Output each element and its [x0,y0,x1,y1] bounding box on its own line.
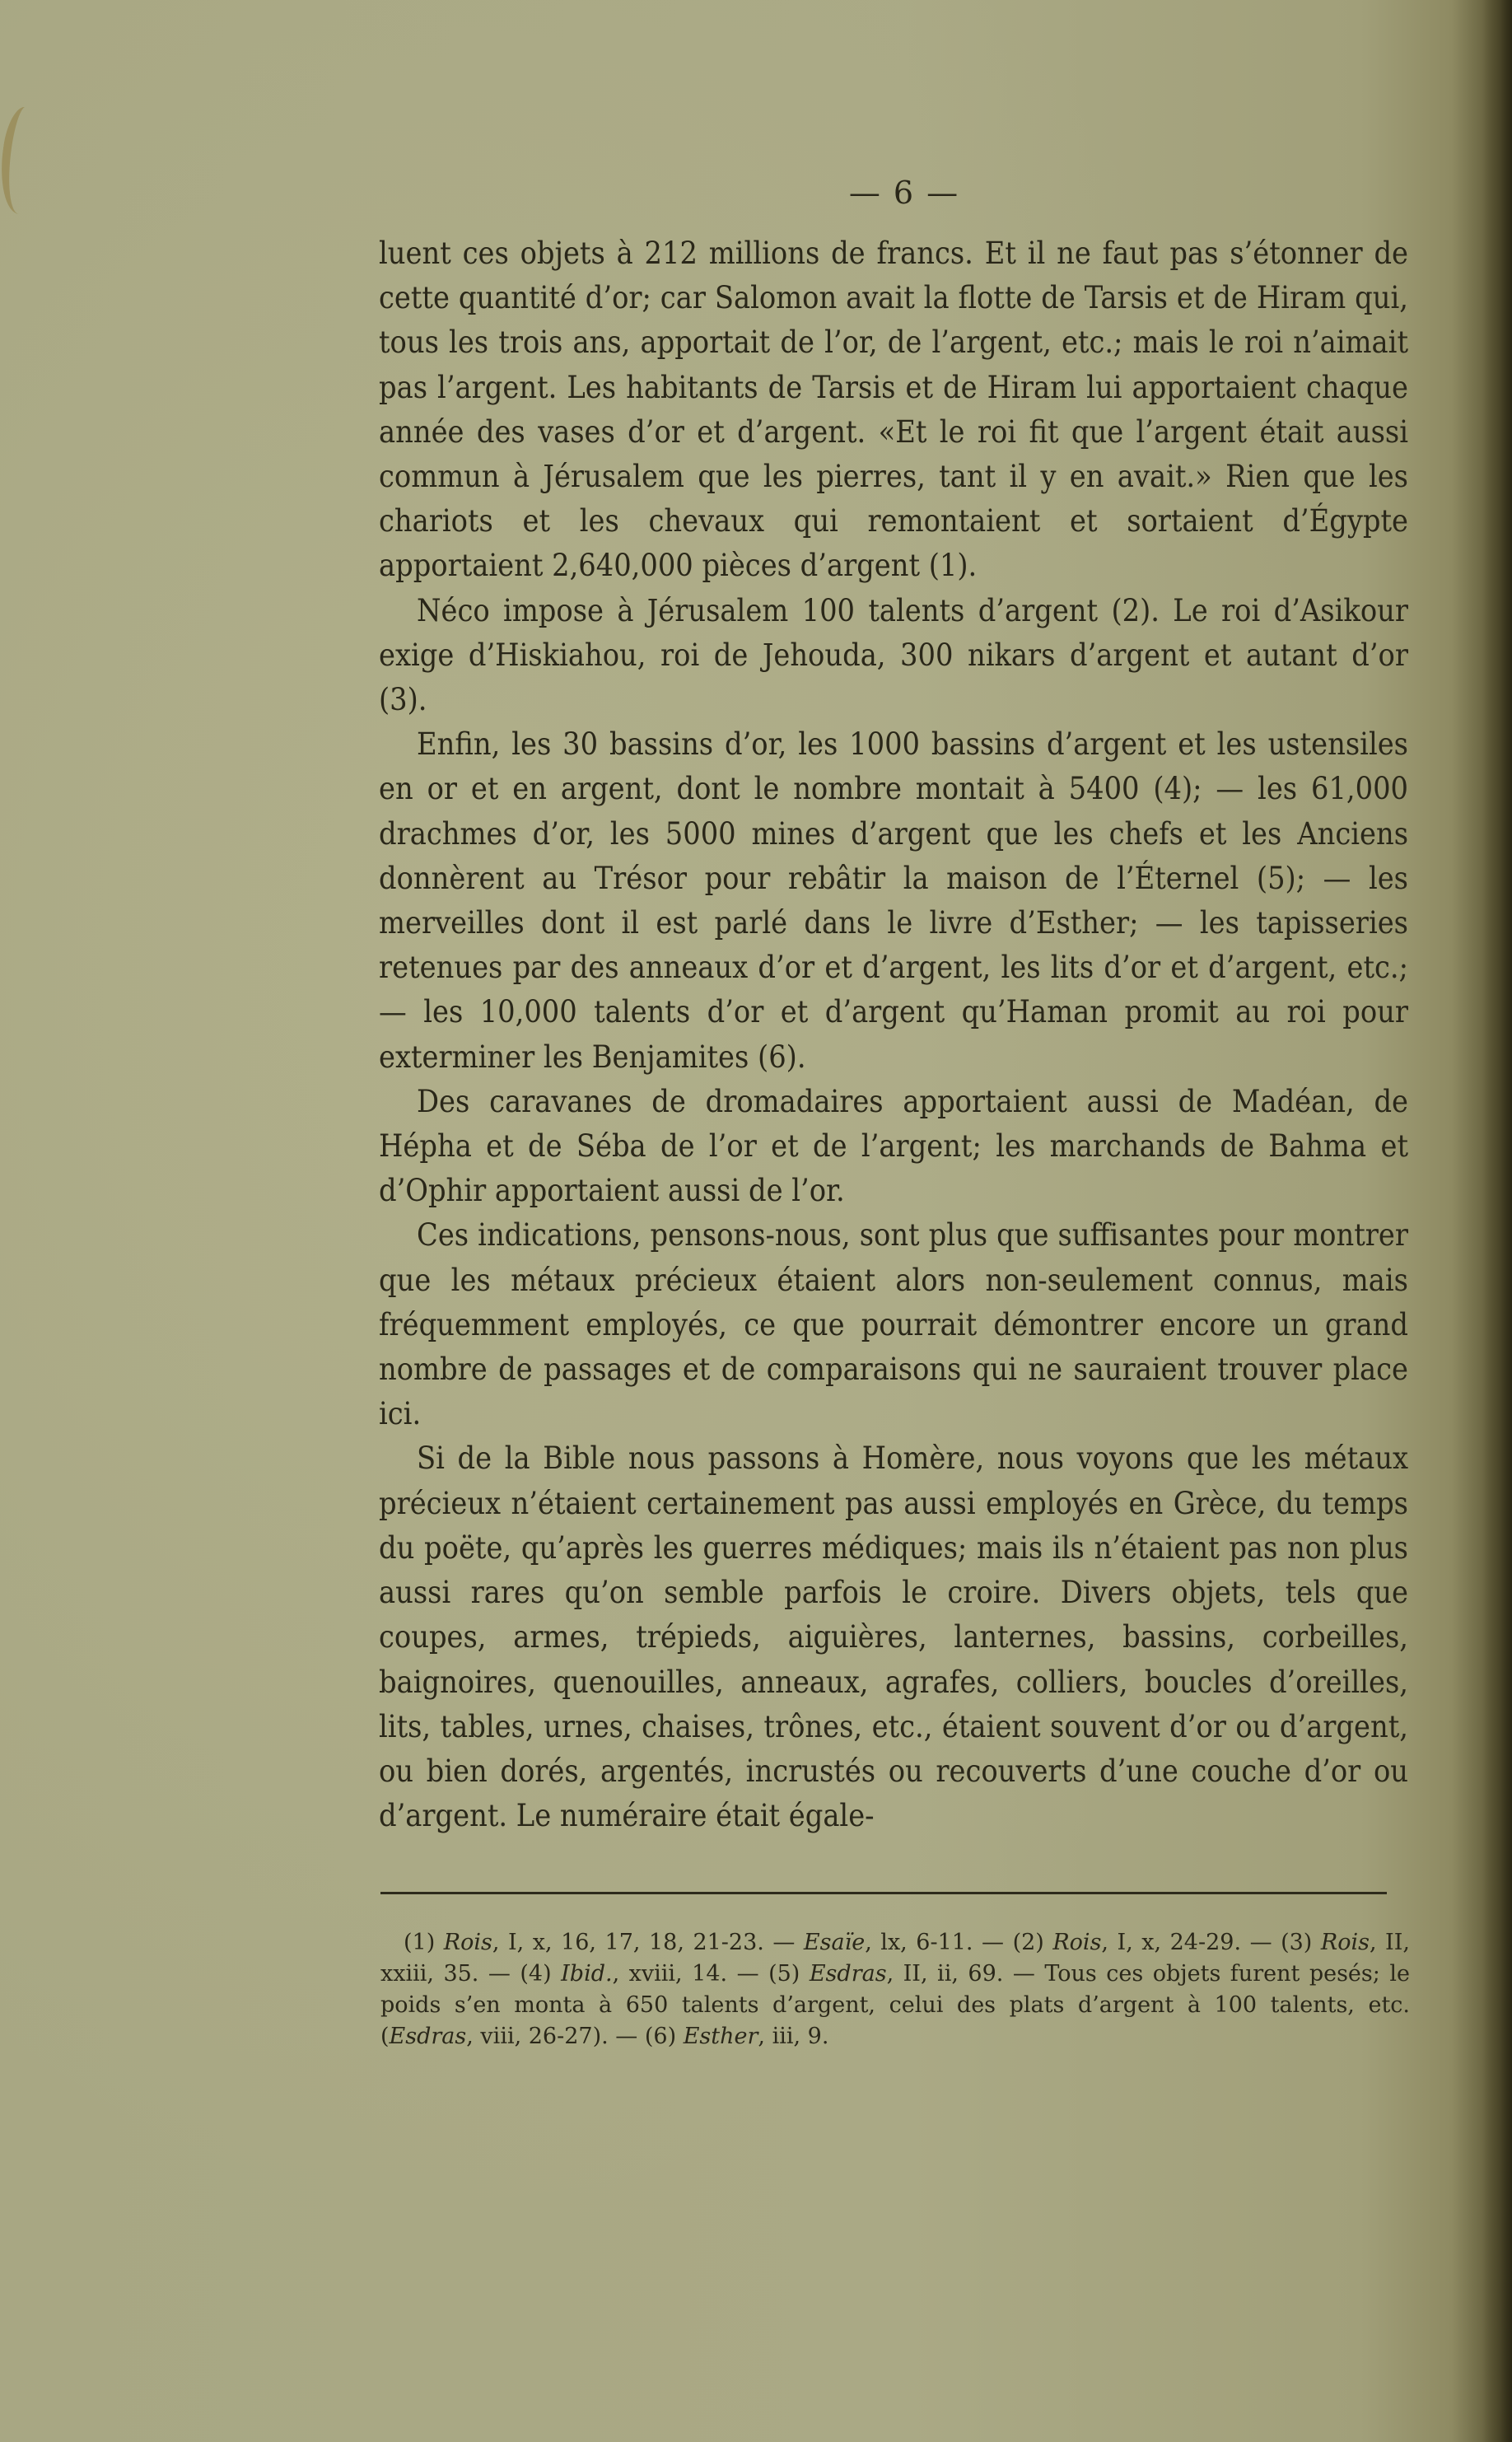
footnote-block: (1) Rois, I, x, 16, 17, 18, 21-23. — Esa… [380,1927,1410,2052]
paragraph-5: Ces indications, pensons-nous, sont plus… [379,1212,1408,1436]
footnote-source: Esaïe [804,1930,865,1955]
footnote-source: Ibid. [561,1961,612,1987]
footnote-marker: (2) [1013,1930,1044,1955]
footnote-ref: , xviii, 14. — [613,1961,769,1987]
footnote-marker: (3) [1281,1930,1312,1955]
footnote-ref: , I, x, 24-29. — [1101,1930,1281,1955]
footnote-divider [380,1892,1387,1894]
paragraph-2: Néco impose à Jérusalem 100 talents d’ar… [379,588,1408,722]
footnote-source: Esther [684,2024,758,2049]
footnote-ref: , I, x, 16, 17, 18, 21-23. — [492,1930,804,1955]
page-number: — 6 — [0,175,1512,211]
footnote-source: Esdras [810,1961,887,1987]
footnote-marker: (1) [404,1930,435,1955]
body-text: luent ces objets à 212 millions de franc… [379,231,1408,1837]
footnote-marker: (5) [768,1961,800,1987]
paragraph-3: Enfin, les 30 bassins d’or, les 1000 bas… [379,721,1408,1079]
footnote-source: Rois [1052,1930,1101,1955]
paragraph-6: Si de la Bible nous passons à Homère, no… [379,1436,1408,1837]
footnote-source: Rois [444,1930,492,1955]
paragraph-4: Des caravanes de dromadaires apportaient… [379,1079,1408,1213]
footnote-ref: , iii, 9. [758,2024,828,2049]
paragraph-1: luent ces objets à 212 millions de franc… [379,231,1408,588]
footnote-source: Esdras [390,2024,467,2049]
book-spine-shadow [1482,0,1512,2442]
footnotes: (1) Rois, I, x, 16, 17, 18, 21-23. — Esa… [380,1927,1410,2052]
footnote-ref: , lx, 6-11. — [865,1930,1012,1955]
footnote-source: Rois [1321,1930,1370,1955]
footnote-ref: , viii, 26-27). — [466,2024,645,2049]
footnote-marker: (6) [645,2024,676,2049]
footnote-marker: (4) [520,1961,551,1987]
